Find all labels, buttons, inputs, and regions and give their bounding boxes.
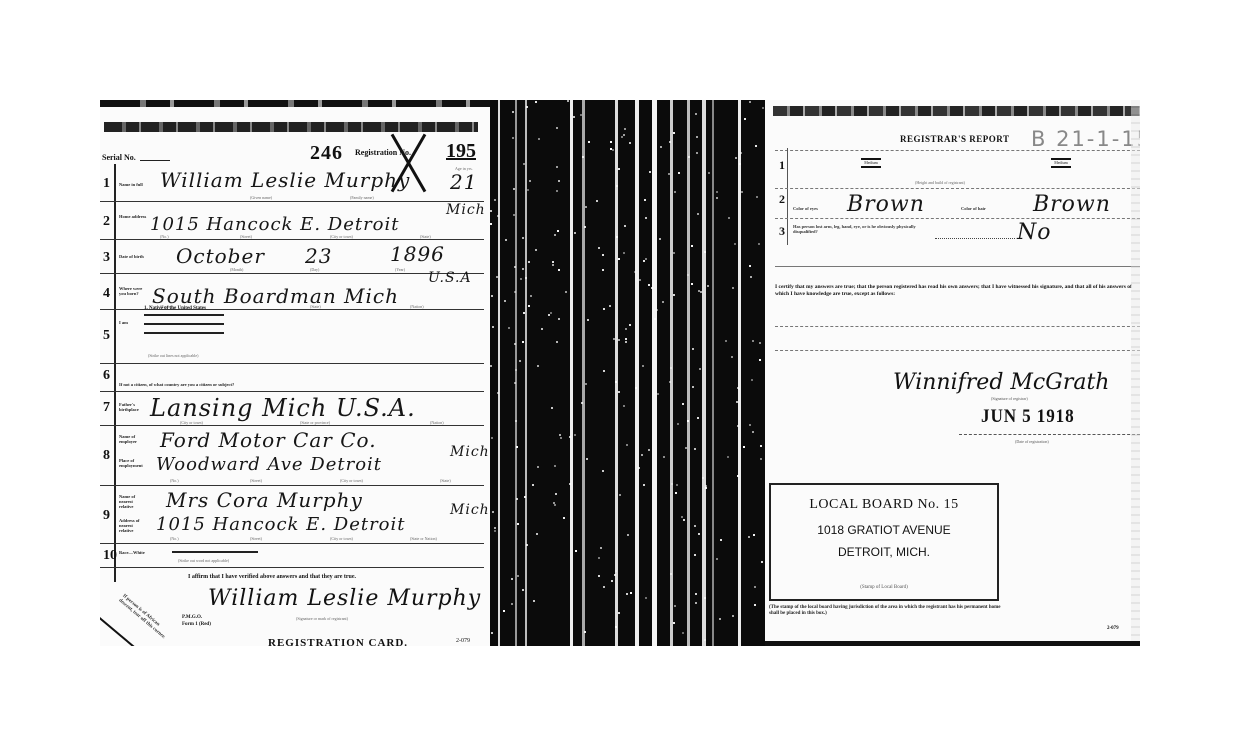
row-employer: 8 Name of employer Ford Motor Car Co. Pl…: [100, 426, 484, 486]
scan-noise: [581, 402, 583, 404]
scan-noise: [602, 470, 604, 472]
scan-border-bottom: [765, 641, 1140, 646]
scan-noise: [645, 217, 647, 219]
scan-noise: [517, 523, 519, 525]
scan-noise: [629, 142, 631, 144]
scan-noise: [674, 191, 676, 193]
scan-noise: [657, 393, 659, 395]
scan-noise: [678, 172, 680, 174]
scan-noise: [610, 148, 612, 150]
scan-noise: [674, 605, 676, 607]
registrant-signature: William Leslie Murphy: [208, 586, 481, 611]
scan-noise: [621, 136, 623, 138]
scan-noise: [494, 527, 496, 529]
scan-noise: [584, 226, 586, 228]
scan-noise: [557, 230, 559, 232]
scan-noise: [602, 254, 604, 256]
scan-noise: [618, 612, 620, 614]
scan-noise: [761, 561, 763, 563]
scan-noise: [641, 454, 643, 456]
scan-noise: [529, 180, 531, 182]
divider: [775, 188, 1140, 189]
employer-value: Ford Motor Car Co.: [160, 428, 377, 452]
field-caption: (State or Nation): [410, 536, 437, 541]
scan-noise: [704, 639, 706, 641]
row-number: 4: [103, 286, 110, 302]
scan-noise: [602, 269, 604, 271]
scan-noise: [618, 168, 620, 170]
scan-noise: [600, 547, 602, 549]
scan-noise: [556, 190, 558, 192]
birthplace-value: South Boardman Mich: [152, 284, 399, 308]
scan-noise: [574, 434, 576, 436]
birth-nation-value: U.S.A: [428, 270, 472, 286]
scan-noise: [728, 217, 730, 219]
scan-noise: [692, 348, 694, 350]
scan-noise: [704, 251, 706, 253]
scan-noise: [626, 444, 628, 446]
scan-noise: [669, 141, 671, 143]
row-label: Where were you born?: [119, 286, 147, 296]
row-number: 10: [103, 548, 117, 564]
scan-noise: [731, 356, 733, 358]
row-label: Name of employer: [119, 434, 147, 444]
scan-noise: [551, 407, 553, 409]
row-home-address: 2 Home address 1015 Hancock E. Detroit M…: [100, 202, 484, 240]
scan-noise: [707, 285, 709, 287]
scan-noise: [491, 437, 493, 439]
scan-noise: [584, 631, 586, 633]
age-value: 21: [450, 170, 477, 194]
row-number: 5: [103, 328, 110, 344]
scan-noise: [535, 249, 537, 251]
stamp-note: (The stamp of the local board having jur…: [769, 605, 1001, 617]
scan-noise: [670, 367, 672, 369]
scan-noise: [762, 107, 764, 109]
registration-card-front: Serial No. 246 Registration No. 195 1 Na…: [100, 100, 490, 646]
scan-noise: [739, 163, 741, 165]
scan-noise: [749, 424, 751, 426]
scan-noise: [574, 232, 576, 234]
scan-noise: [598, 575, 600, 577]
scan-noise: [582, 156, 584, 158]
row-label: Name in full: [119, 182, 147, 187]
field-caption: (Street): [250, 478, 262, 483]
scan-noise: [503, 610, 505, 612]
scan-noise: [522, 589, 524, 591]
registrar-report-code: B 21-1-15: [1031, 127, 1140, 151]
scan-noise: [536, 533, 538, 535]
scan-noise: [751, 379, 753, 381]
scan-noise: [682, 632, 684, 634]
scan-noise: [530, 295, 532, 297]
scan-noise: [700, 291, 702, 293]
scan-noise: [616, 185, 618, 187]
scan-noise: [681, 516, 683, 518]
scan-noise: [537, 466, 539, 468]
scan-noise: [492, 326, 494, 328]
scan-noise: [616, 236, 618, 238]
scan-noise: [587, 319, 589, 321]
name-value: William Leslie Murphy: [160, 168, 410, 192]
row-label: Place of employment: [119, 458, 147, 468]
scan-noise: [522, 341, 524, 343]
scan-noise: [511, 603, 513, 605]
scan-noise: [753, 534, 755, 536]
scan-noise: [615, 570, 617, 572]
card-code: 2-079: [456, 638, 470, 644]
scan-noise: [648, 449, 650, 451]
scan-noise: [623, 252, 625, 254]
scan-noise: [603, 586, 605, 588]
scan-noise: [585, 383, 587, 385]
scan-noise: [670, 573, 672, 575]
home-state-value: Mich: [446, 202, 486, 218]
row-number: 2: [779, 192, 785, 207]
scan-noise: [611, 580, 613, 582]
tear-off-corner: If person is of African descent, tear of…: [100, 586, 170, 646]
scan-noise: [651, 287, 653, 289]
scan-noise: [511, 578, 513, 580]
affirmation-text: I affirm that I have verified above answ…: [188, 574, 356, 580]
divider: [775, 150, 1140, 151]
field-caption: (Street): [240, 234, 252, 239]
registration-card-back: REGISTRAR'S REPORT B 21-1-15 1 Medium Me…: [765, 100, 1140, 646]
scan-border-top: [100, 100, 490, 107]
row-number-divider: [787, 148, 788, 245]
scan-noise: [559, 434, 561, 436]
scan-noise: [490, 223, 492, 225]
scan-noise: [725, 340, 727, 342]
scan-noise: [695, 602, 697, 604]
scan-noise: [668, 173, 670, 175]
scan-noise: [750, 276, 752, 278]
scan-noise: [669, 381, 671, 383]
scan-noise: [644, 199, 646, 201]
build-label: Medium: [1054, 160, 1068, 165]
serial-row: Serial No. 246 Registration No. 195: [100, 138, 490, 164]
scan-noise: [627, 534, 629, 536]
row-number: 3: [103, 250, 110, 266]
scan-noise: [687, 274, 689, 276]
scan-noise: [759, 359, 761, 361]
scan-noise: [662, 301, 664, 303]
scan-noise: [514, 291, 516, 293]
scan-noise: [515, 420, 517, 422]
scan-noise: [759, 342, 761, 344]
scan-noise: [533, 600, 535, 602]
scan-noise: [528, 305, 530, 307]
scan-noise: [695, 593, 697, 595]
eye-color-value: Brown: [847, 192, 925, 217]
scan-noise: [643, 484, 645, 486]
strike-note: (Strike out word not applicable): [178, 558, 229, 563]
row-race: 10 Race—White (Strike out word not appli…: [100, 544, 484, 568]
scan-noise: [643, 260, 645, 262]
scan-noise: [598, 247, 600, 249]
row-number: 8: [103, 448, 110, 464]
scan-noise: [556, 127, 558, 129]
scan-noise: [516, 498, 518, 500]
scan-noise: [541, 328, 543, 330]
scan-noise: [682, 403, 684, 405]
scan-noise: [630, 592, 632, 594]
scan-noise: [698, 290, 700, 292]
scan-noise: [740, 152, 742, 154]
scan-noise: [548, 314, 550, 316]
registrar-caption: (Signature of registrar): [991, 396, 1028, 401]
scan-noise: [552, 261, 554, 263]
scan-noise: [685, 447, 687, 449]
scan-noise: [615, 381, 617, 383]
scan-noise: [737, 475, 739, 477]
scan-noise: [522, 268, 524, 270]
scan-noise: [554, 504, 556, 506]
scan-noise: [638, 467, 640, 469]
scan-noise: [654, 318, 656, 320]
scan-noise: [629, 324, 631, 326]
scan-noise: [694, 554, 696, 556]
struck-option: [144, 332, 224, 334]
stamp-board-name: LOCAL BOARD No. 15: [771, 497, 997, 513]
scan-noise: [692, 386, 694, 388]
scan-noise: [735, 157, 737, 159]
scan-noise: [496, 276, 498, 278]
scan-noise: [558, 269, 560, 271]
scan-noise: [743, 446, 745, 448]
scan-noise: [688, 156, 690, 158]
row-number: 1: [779, 158, 785, 173]
row-father-birthplace: 7 Father's birthplace Lansing Mich U.S.A…: [100, 392, 484, 426]
row-label: Color of hair: [961, 206, 986, 211]
divider: [775, 266, 1140, 267]
scan-noise: [514, 266, 516, 268]
birth-day-value: 23: [305, 244, 332, 268]
row-number: 7: [103, 400, 110, 416]
scan-noise: [683, 519, 685, 521]
scan-noise: [560, 437, 562, 439]
citizenship-options: 1. Native of the United States: [144, 306, 254, 350]
scan-noise: [492, 511, 494, 513]
scan-noise: [528, 261, 530, 263]
stamp-caption: (Stamp of Local Board): [771, 585, 997, 590]
home-address-value: 1015 Hancock E. Detroit: [150, 214, 400, 235]
scan-noise: [513, 214, 515, 216]
scan-noise: [697, 417, 699, 419]
scan-noise: [494, 199, 496, 201]
scan-noise: [648, 284, 650, 286]
row-nearest-relative: 9 Name of nearest relative Mrs Cora Murp…: [100, 486, 484, 544]
scan-noise: [716, 558, 718, 560]
field-caption: (State): [440, 478, 451, 483]
scan-noise: [586, 458, 588, 460]
row-label: Color of eyes: [793, 206, 818, 211]
row-foreign-citizenship: 6 If not a citizen, of what country are …: [100, 364, 484, 392]
scan-noise: [625, 341, 627, 343]
scan-noise: [663, 456, 665, 458]
row-number: 2: [103, 214, 110, 230]
registration-date: JUN 5 1918: [981, 406, 1075, 428]
row-number: 3: [779, 224, 785, 239]
scan-noise: [490, 210, 492, 212]
scan-noise: [609, 305, 611, 307]
scan-noise: [596, 200, 598, 202]
scan-noise: [615, 626, 617, 628]
scan-noise: [673, 622, 675, 624]
scan-noise: [517, 575, 519, 577]
registration-number: 195: [446, 140, 476, 163]
divider: [775, 350, 1140, 351]
build-mark: Medium: [1051, 158, 1071, 168]
row-label: Name of nearest relative: [119, 494, 147, 509]
registrar-signature: Winnifred McGrath: [893, 370, 1109, 395]
scan-noise: [626, 593, 628, 595]
scan-noise: [696, 152, 698, 154]
field-caption: (City or town): [330, 536, 353, 541]
row-name: 1 Name in full William Leslie Murphy 21 …: [100, 164, 484, 202]
scan-noise: [625, 328, 627, 330]
field-caption: (Month): [230, 267, 243, 272]
scan-noise: [719, 618, 721, 620]
scan-noise: [567, 100, 569, 102]
scan-noise: [527, 189, 529, 191]
scan-noise: [516, 446, 518, 448]
scan-noise: [494, 530, 496, 532]
scan-noise: [695, 113, 697, 115]
scan-noise: [752, 340, 754, 342]
height-label: Medium: [864, 160, 878, 165]
scan-noise: [756, 196, 758, 198]
scan-noise: [490, 365, 492, 367]
scan-noise: [625, 338, 627, 340]
employment-place-value: Woodward Ave Detroit: [156, 454, 382, 475]
field-caption: (No.): [170, 478, 179, 483]
scan-noise: [734, 243, 736, 245]
field-caption: (Family name): [350, 195, 374, 200]
scan-noise: [563, 517, 565, 519]
scan-noise: [515, 369, 517, 371]
scan-noise: [526, 544, 528, 546]
scan-noise: [702, 477, 704, 479]
scan-noise: [569, 436, 571, 438]
row-number: 6: [103, 368, 110, 384]
scan-noise: [585, 206, 587, 208]
stamp-address: 1018 GRATIOT AVENUE: [771, 523, 997, 537]
scan-noise: [749, 101, 751, 103]
scan-noise: [624, 128, 626, 130]
scanned-document: Serial No. 246 Registration No. 195 1 Na…: [100, 100, 1140, 646]
scan-noise: [523, 163, 525, 165]
scan-noise: [552, 264, 554, 266]
divider: [775, 326, 1140, 327]
scan-noise: [513, 188, 515, 190]
scan-noise: [520, 278, 522, 280]
scan-noise: [708, 172, 710, 174]
serial-blank: [140, 160, 170, 161]
scan-noise: [558, 180, 560, 182]
scan-noise: [645, 597, 647, 599]
row-number: 1: [103, 176, 110, 192]
scan-noise: [512, 137, 514, 139]
birth-month-value: October: [176, 244, 265, 268]
scan-noise: [760, 445, 762, 447]
father-birthplace-value: Lansing Mich U.S.A.: [150, 394, 416, 422]
scan-noise: [623, 405, 625, 407]
scan-noise: [673, 132, 675, 134]
scan-noise: [716, 191, 718, 193]
scan-noise: [691, 283, 693, 285]
struck-option: [144, 323, 224, 325]
scan-noise: [526, 106, 528, 108]
leader-line: [935, 238, 1015, 239]
disqualified-value: No: [1017, 220, 1052, 245]
field-caption: (Height and build of registrant): [915, 180, 965, 185]
scan-noise: [532, 484, 534, 486]
row-label: Father's birthplace: [119, 402, 147, 412]
form-info: P.M.G.O. Form 1 (Red): [182, 614, 211, 628]
scan-noise: [720, 539, 722, 541]
struck-option: [144, 314, 224, 316]
field-caption: (Day): [310, 267, 319, 272]
employment-state-value: Mich.: [450, 444, 490, 460]
scan-noise: [565, 291, 567, 293]
date-line: [959, 434, 1140, 435]
scan-noise: [698, 533, 700, 535]
field-caption: (Street): [250, 536, 262, 541]
scan-noise: [491, 295, 493, 297]
scan-noise: [752, 431, 754, 433]
scan-noise: [673, 294, 675, 296]
field-caption: (State or province): [300, 420, 330, 425]
scan-noise: [754, 586, 756, 588]
row-label: Date of birth: [119, 254, 147, 259]
registrar-report-title: REGISTRAR'S REPORT: [900, 134, 1009, 144]
scan-noise: [691, 245, 693, 247]
scan-noise: [660, 146, 662, 148]
strike-note: (Strike out lines not applicable): [148, 353, 198, 358]
scan-noise: [656, 309, 658, 311]
scan-noise: [677, 423, 679, 425]
scan-noise: [760, 458, 762, 460]
scan-noise: [737, 425, 739, 427]
scan-noise: [514, 343, 516, 345]
scan-noise: [618, 258, 620, 260]
scan-noise: [618, 339, 620, 341]
scan-noise: [512, 111, 514, 113]
scan-noise: [491, 632, 493, 634]
scan-noise: [741, 191, 743, 193]
certification-text: I certify that my answers are true; that…: [775, 284, 1140, 298]
scan-noise: [639, 279, 641, 281]
scan-noise: [553, 502, 555, 504]
race-strikeout: [172, 551, 258, 553]
scan-noise: [603, 308, 605, 310]
hair-color-value: Brown: [1033, 192, 1111, 217]
scan-noise: [673, 252, 675, 254]
row-label: Race—White: [119, 550, 147, 555]
field-caption: (City or town): [340, 478, 363, 483]
scan-noise: [613, 338, 615, 340]
row-label: I am: [119, 320, 147, 325]
scan-noise: [497, 392, 499, 394]
scan-noise: [705, 487, 707, 489]
scan-noise: [744, 118, 746, 120]
relative-name-value: Mrs Cora Murphy: [166, 488, 363, 512]
scan-noise: [535, 101, 537, 103]
field-caption: (State): [420, 234, 431, 239]
scan-noise: [642, 365, 644, 367]
scan-noise: [569, 483, 571, 485]
